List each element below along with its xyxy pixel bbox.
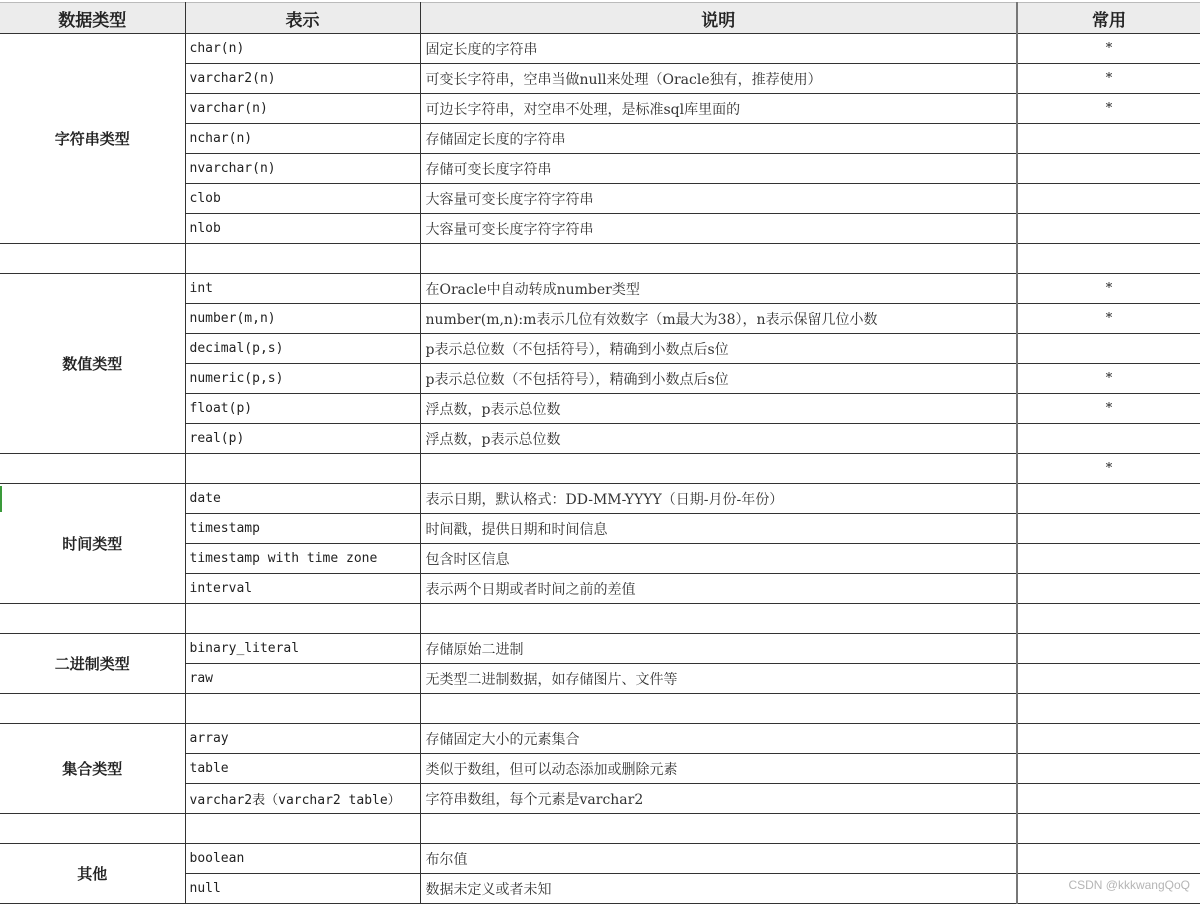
repr-cell: varchar(n)	[185, 94, 420, 124]
desc-cell: 存储固定长度的字符串	[420, 124, 1017, 154]
repr-cell: nlob	[185, 214, 420, 244]
spacer-row	[0, 604, 1200, 634]
spacer-row: *	[0, 454, 1200, 484]
repr-cell: real(p)	[185, 424, 420, 454]
desc-cell: 可变长字符串，空串当做null来处理（Oracle独有，推荐使用）	[420, 64, 1017, 94]
repr-cell: nchar(n)	[185, 124, 420, 154]
category-time: 时间类型	[0, 484, 185, 604]
spacer-cell	[420, 694, 1017, 724]
common-cell	[1017, 244, 1200, 274]
desc-cell: p表示总位数（不包括符号），精确到小数点后s位	[420, 364, 1017, 394]
repr-cell: binary_literal	[185, 634, 420, 664]
repr-cell: float(p)	[185, 394, 420, 424]
spacer-cell	[0, 694, 185, 724]
spacer-cell	[185, 694, 420, 724]
repr-cell: varchar2(n)	[185, 64, 420, 94]
spacer-cell	[185, 454, 420, 484]
repr-cell: clob	[185, 184, 420, 214]
desc-cell: p表示总位数（不包括符号），精确到小数点后s位	[420, 334, 1017, 364]
common-cell	[1017, 214, 1200, 244]
repr-cell: raw	[185, 664, 420, 694]
common-cell	[1017, 694, 1200, 724]
spacer-cell	[420, 814, 1017, 844]
common-cell: *	[1017, 34, 1200, 64]
desc-cell: 大容量可变长度字符字符串	[420, 184, 1017, 214]
data-types-table: 数据类型 表示 说明 常用 字符串类型 char(n) 固定长度的字符串 * v…	[0, 2, 1200, 904]
category-binary: 二进制类型	[0, 634, 185, 694]
spacer-cell	[185, 604, 420, 634]
repr-cell: char(n)	[185, 34, 420, 64]
spacer-cell	[420, 454, 1017, 484]
spacer-cell	[0, 244, 185, 274]
common-cell: *	[1017, 454, 1200, 484]
spacer-cell	[185, 814, 420, 844]
desc-cell: 表示日期，默认格式：DD-MM-YYYY（日期-月份-年份）	[420, 484, 1017, 514]
common-cell	[1017, 754, 1200, 784]
desc-cell: 浮点数，p表示总位数	[420, 394, 1017, 424]
common-cell	[1017, 124, 1200, 154]
common-cell	[1017, 784, 1200, 814]
desc-cell: 数据未定义或者未知	[420, 874, 1017, 904]
common-cell	[1017, 484, 1200, 514]
common-cell: *	[1017, 394, 1200, 424]
common-cell	[1017, 514, 1200, 544]
common-cell	[1017, 424, 1200, 454]
common-cell	[1017, 334, 1200, 364]
category-collection: 集合类型	[0, 724, 185, 814]
repr-cell: numeric(p,s)	[185, 364, 420, 394]
common-cell: *	[1017, 304, 1200, 334]
desc-cell: 布尔值	[420, 844, 1017, 874]
repr-cell: timestamp with time zone	[185, 544, 420, 574]
spacer-row	[0, 814, 1200, 844]
common-cell	[1017, 664, 1200, 694]
repr-cell: table	[185, 754, 420, 784]
table-row: 时间类型 date 表示日期，默认格式：DD-MM-YYYY（日期-月份-年份）	[0, 484, 1200, 514]
category-string: 字符串类型	[0, 34, 185, 244]
desc-cell: 可边长字符串，对空串不处理，是标准sql库里面的	[420, 94, 1017, 124]
repr-cell: boolean	[185, 844, 420, 874]
common-cell	[1017, 724, 1200, 754]
common-cell: *	[1017, 274, 1200, 304]
desc-cell: 固定长度的字符串	[420, 34, 1017, 64]
spacer-cell	[420, 604, 1017, 634]
common-cell	[1017, 634, 1200, 664]
table-row: 其他 boolean 布尔值	[0, 844, 1200, 874]
common-cell: *	[1017, 94, 1200, 124]
spacer-row	[0, 694, 1200, 724]
desc-cell: 存储固定大小的元素集合	[420, 724, 1017, 754]
repr-cell: date	[185, 484, 420, 514]
repr-cell: number(m,n)	[185, 304, 420, 334]
common-cell	[1017, 814, 1200, 844]
desc-cell: 存储原始二进制	[420, 634, 1017, 664]
table-row: 数值类型 int 在Oracle中自动转成number类型 *	[0, 274, 1200, 304]
repr-cell: timestamp	[185, 514, 420, 544]
table-row: 集合类型 array 存储固定大小的元素集合	[0, 724, 1200, 754]
desc-cell: 字符串数组，每个元素是varchar2	[420, 784, 1017, 814]
desc-cell: 时间戳，提供日期和时间信息	[420, 514, 1017, 544]
header-representation: 表示	[185, 3, 420, 34]
table-row: 字符串类型 char(n) 固定长度的字符串 *	[0, 34, 1200, 64]
header-description: 说明	[420, 3, 1017, 34]
repr-cell: varchar2表（varchar2 table）	[185, 784, 420, 814]
spacer-cell	[0, 454, 185, 484]
spacer-cell	[0, 604, 185, 634]
desc-cell: 存储可变长度字符串	[420, 154, 1017, 184]
header-common: 常用	[1017, 3, 1200, 34]
common-cell: *	[1017, 364, 1200, 394]
common-cell	[1017, 154, 1200, 184]
spacer-cell	[420, 244, 1017, 274]
common-cell	[1017, 844, 1200, 874]
category-other: 其他	[0, 844, 185, 904]
header-row: 数据类型 表示 说明 常用	[0, 3, 1200, 34]
desc-cell: number(m,n):m表示几位有效数字（m最大为38），n表示保留几位小数	[420, 304, 1017, 334]
repr-cell: null	[185, 874, 420, 904]
common-cell	[1017, 184, 1200, 214]
repr-cell: nvarchar(n)	[185, 154, 420, 184]
desc-cell: 浮点数，p表示总位数	[420, 424, 1017, 454]
common-cell	[1017, 604, 1200, 634]
desc-cell: 表示两个日期或者时间之前的差值	[420, 574, 1017, 604]
desc-cell: 包含时区信息	[420, 544, 1017, 574]
desc-cell: 在Oracle中自动转成number类型	[420, 274, 1017, 304]
spacer-cell	[185, 244, 420, 274]
selection-marker	[0, 486, 2, 512]
spacer-row	[0, 244, 1200, 274]
header-type: 数据类型	[0, 3, 185, 34]
category-numeric: 数值类型	[0, 274, 185, 454]
watermark: CSDN @kkkwangQoQ	[1068, 878, 1190, 892]
desc-cell: 无类型二进制数据，如存储图片、文件等	[420, 664, 1017, 694]
repr-cell: array	[185, 724, 420, 754]
repr-cell: interval	[185, 574, 420, 604]
desc-cell: 类似于数组，但可以动态添加或删除元素	[420, 754, 1017, 784]
spacer-cell	[0, 814, 185, 844]
common-cell	[1017, 544, 1200, 574]
desc-cell: 大容量可变长度字符字符串	[420, 214, 1017, 244]
repr-cell: int	[185, 274, 420, 304]
repr-cell: decimal(p,s)	[185, 334, 420, 364]
common-cell	[1017, 574, 1200, 604]
common-cell: *	[1017, 64, 1200, 94]
table-row: 二进制类型 binary_literal 存储原始二进制	[0, 634, 1200, 664]
